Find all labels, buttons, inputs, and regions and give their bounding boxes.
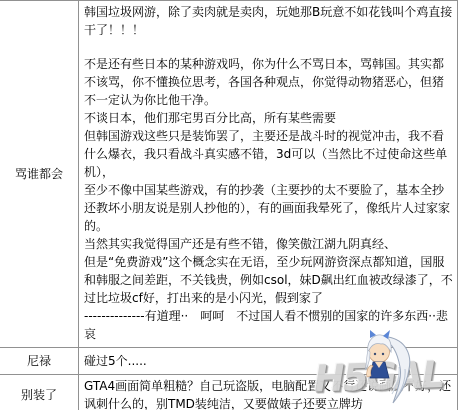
comment-content: GTA4画面简单粗糙？自己玩盗版，电脑配置又不行还说画质不好，还讽刺什么的，别T…	[79, 375, 458, 410]
comment-paragraph: 碰过5个.....	[84, 352, 453, 370]
paragraph-gap	[84, 39, 453, 55]
comment-paragraph: 但是“免费游戏”这个概念实在无语，至少玩网游资深点都知道，国服和韩服之间差距，不…	[84, 253, 453, 307]
comment-paragraph: 当然其实我觉得国产还是有些不错，像笑傲江湖九阴真经、	[84, 235, 453, 253]
commenter-name: 尼禄	[0, 348, 79, 375]
table-row: 尼禄 碰过5个.....	[0, 348, 458, 375]
comment-content: 碰过5个.....	[79, 348, 458, 375]
comment-paragraph: 但韩国游戏这些只是装饰罢了，主要还是战斗时的视觉冲击，我不看什么爆衣，我只看战斗…	[84, 127, 453, 181]
comment-paragraph: 不是还有些日本的某种游戏吗，你为什么不骂日本，骂韩国。其实都不该骂，你不懂换位思…	[84, 55, 453, 109]
comment-paragraph: GTA4画面简单粗糙？自己玩盗版，电脑配置又不行还说画质不好，还讽刺什么的，别T…	[84, 377, 453, 410]
table-row: 骂谁都会 韩国垃圾网游，除了卖肉就是卖肉，玩她那B玩意不如花钱叫个鸡直接干了！！…	[0, 1, 458, 348]
comment-paragraph: 至少不像中国某些游戏，有的抄袭（主要抄的太不要脸了，基本全抄还教坏小朋友说是别人…	[84, 181, 453, 235]
commenter-name: 别装了	[0, 375, 79, 410]
comment-paragraph: --------------有道理·· 呵呵 不过国人看不惯别的国家的许多东西·…	[84, 307, 453, 343]
comments-table: 骂谁都会 韩国垃圾网游，除了卖肉就是卖肉，玩她那B玩意不如花钱叫个鸡直接干了！！…	[0, 0, 458, 410]
comment-paragraph: 韩国垃圾网游，除了卖肉就是卖肉，玩她那B玩意不如花钱叫个鸡直接干了！！！	[84, 3, 453, 39]
commenter-name: 骂谁都会	[0, 1, 79, 348]
comment-paragraph: 不谈日本，他们那宅男百分比高，所有某些需要	[84, 109, 453, 127]
comment-content: 韩国垃圾网游，除了卖肉就是卖肉，玩她那B玩意不如花钱叫个鸡直接干了！！！ 不是还…	[79, 1, 458, 348]
table-row: 别装了 GTA4画面简单粗糙？自己玩盗版，电脑配置又不行还说画质不好，还讽刺什么…	[0, 375, 458, 410]
